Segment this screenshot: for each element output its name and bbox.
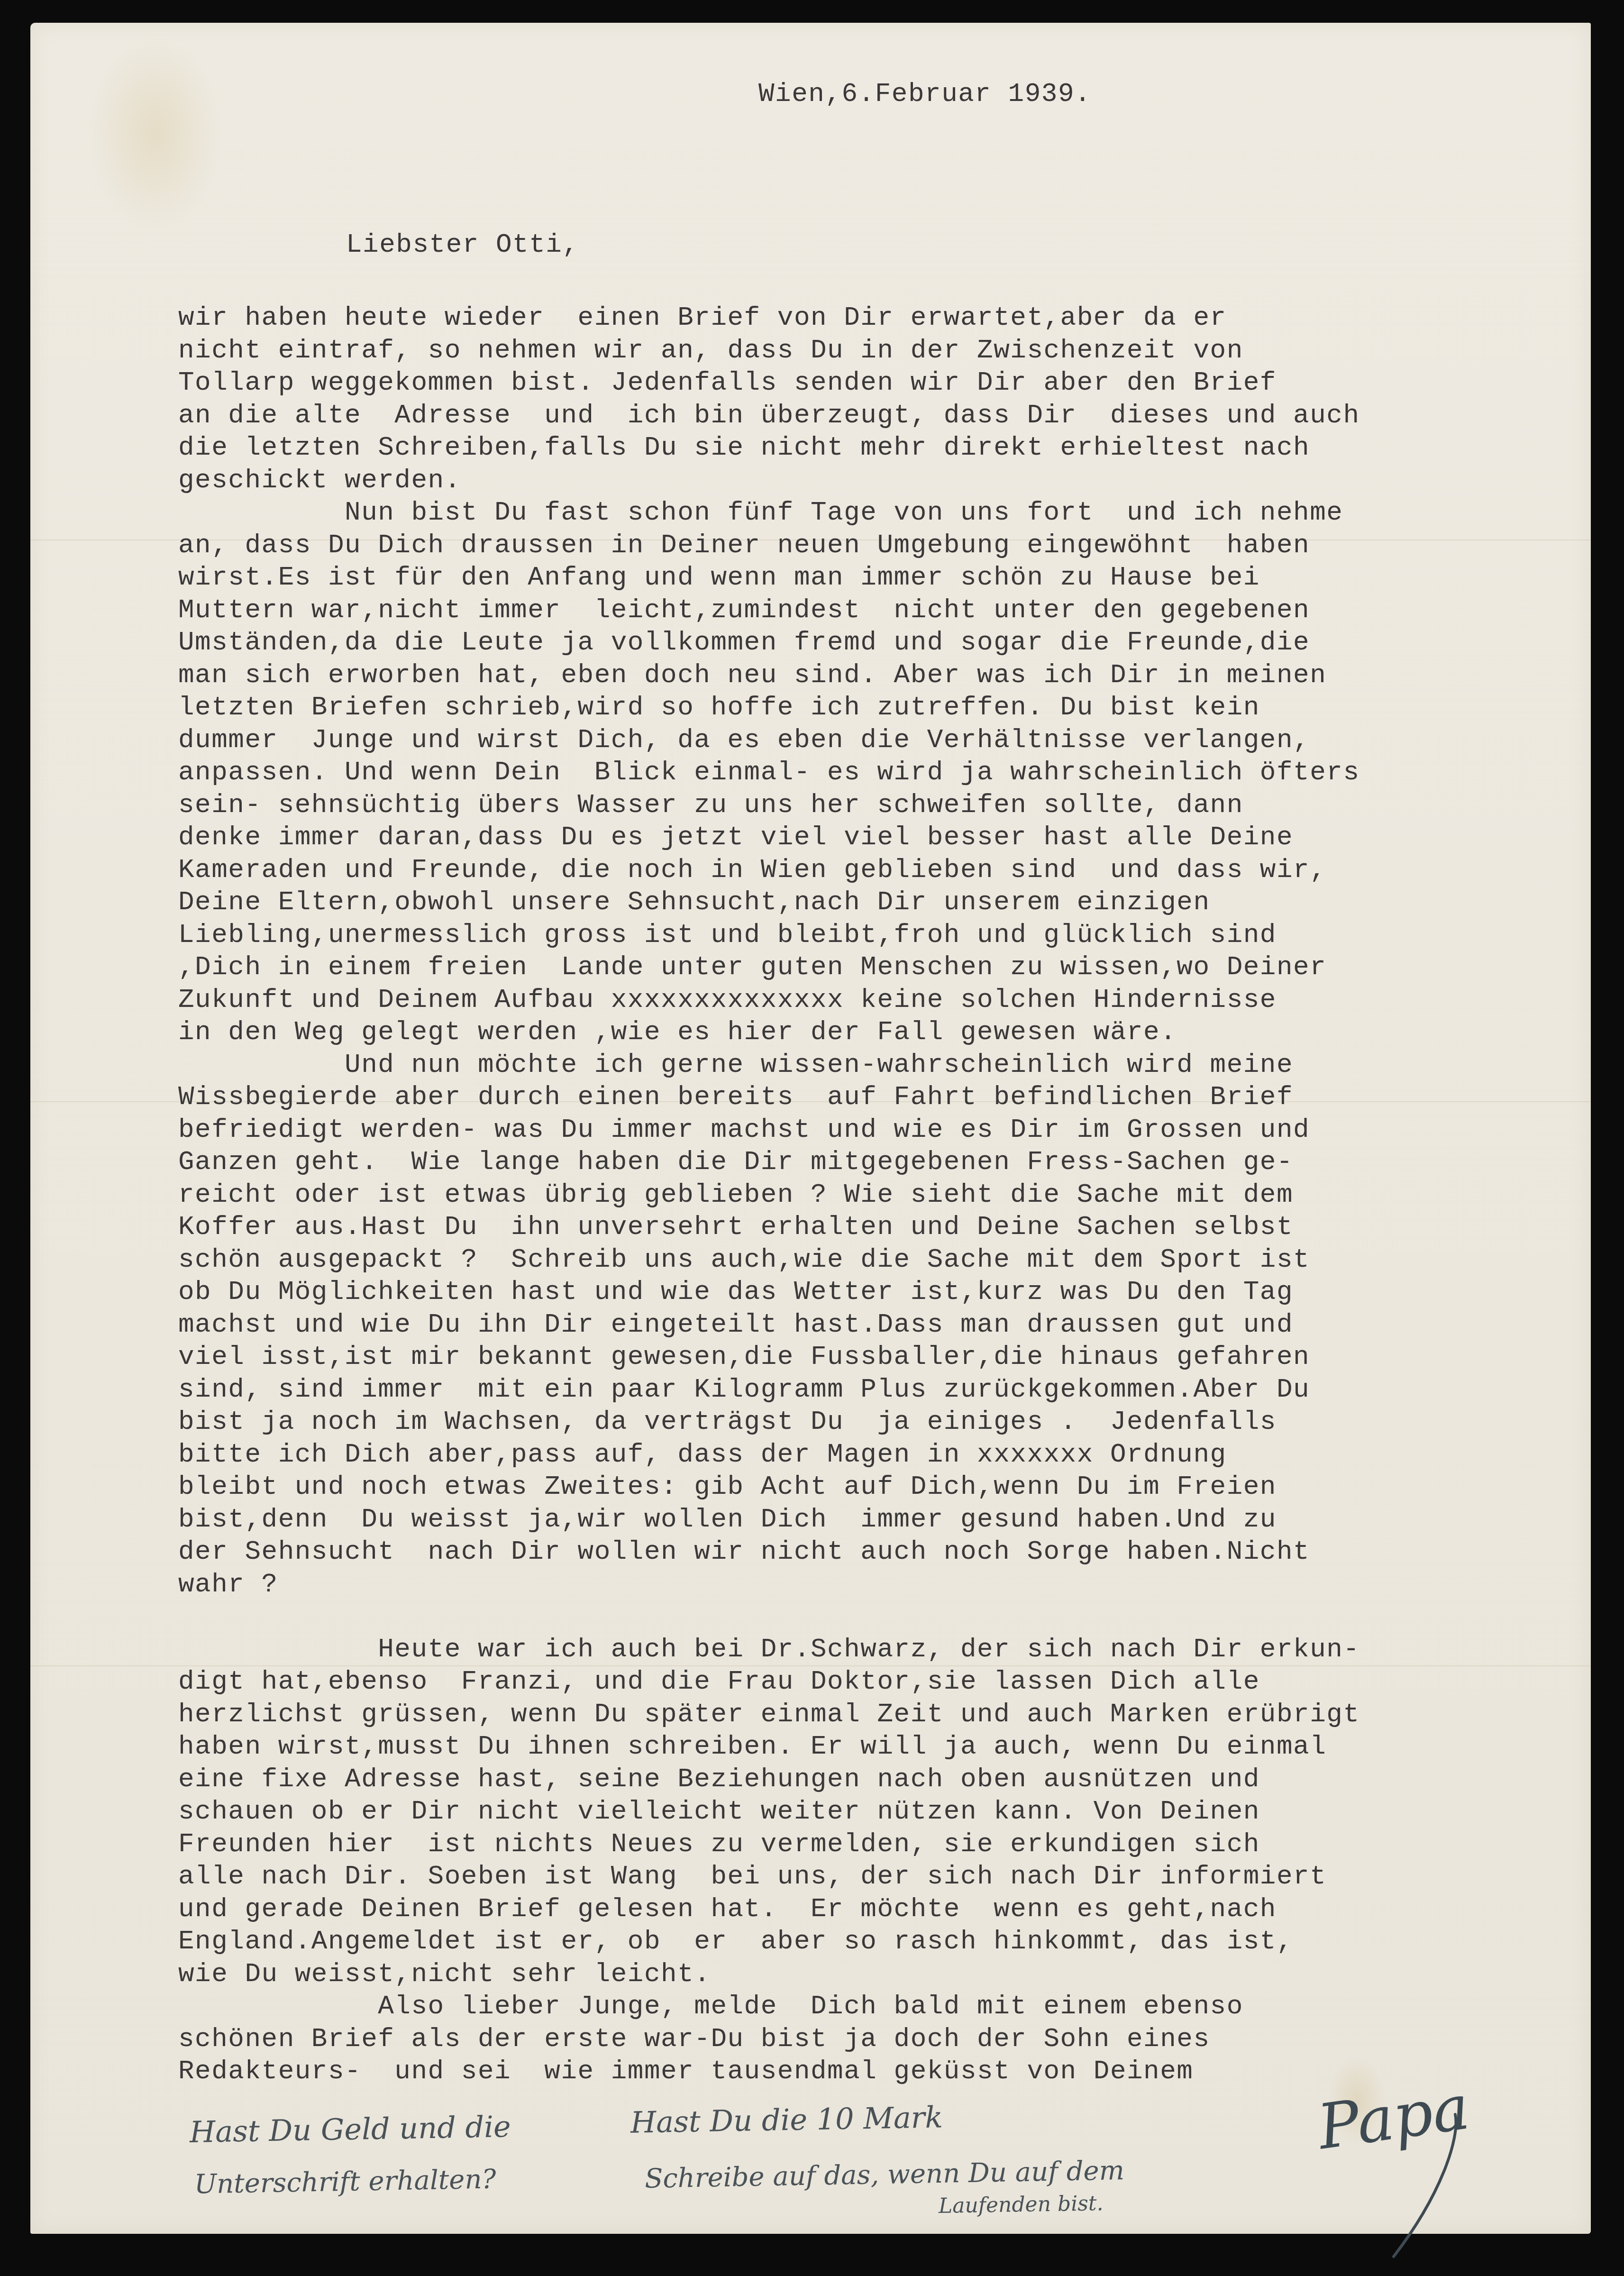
body-line: die letzten Schreiben,falls Du sie nicht… xyxy=(178,431,1360,464)
body-line: man sich erworben hat, eben doch neu sin… xyxy=(178,659,1360,692)
body-line: Zukunft und Deinem Aufbau xxxxxxxxxxxxxx… xyxy=(178,984,1360,1016)
handwritten-note: Unterschrift erhalten? xyxy=(194,2164,496,2200)
body-line: Umständen,da die Leute ja vollkommen fre… xyxy=(178,626,1360,659)
body-line: reicht oder ist etwas übrig geblieben ? … xyxy=(178,1179,1360,1211)
body-line: schönen Brief als der erste war-Du bist … xyxy=(178,2023,1360,2056)
body-line: Wissbegierde aber durch einen bereits au… xyxy=(178,1081,1360,1114)
handwritten-note: Hast Du die 10 Mark xyxy=(630,2100,943,2139)
body-line: sein- sehnsüchtig übers Wasser zu uns he… xyxy=(178,789,1360,822)
body-line: Koffer aus.Hast Du ihn unversehrt erhalt… xyxy=(178,1211,1360,1243)
body-line: nicht eintraf, so nehmen wir an, dass Du… xyxy=(178,334,1360,367)
body-line: letzten Briefen schrieb,wird so hoffe ic… xyxy=(178,691,1360,724)
body-line: Tollarp weggekommen bist. Jedenfalls sen… xyxy=(178,366,1360,399)
body-line: ob Du Möglichkeiten hast und wie das Wet… xyxy=(178,1276,1360,1308)
body-line: wie Du weisst,nicht sehr leicht. xyxy=(178,1958,1360,1991)
body-line: schön ausgepackt ? Schreib uns auch,wie … xyxy=(178,1243,1360,1276)
body-line: England.Angemeldet ist er, ob er aber so… xyxy=(178,1925,1360,1958)
body-line: Liebling,unermesslich gross ist und blei… xyxy=(178,919,1360,951)
body-line: dummer Junge und wirst Dich, da es eben … xyxy=(178,724,1360,757)
body-line: wirst.Es ist für den Anfang und wenn man… xyxy=(178,561,1360,594)
body-line: machst und wie Du ihn Dir eingeteilt has… xyxy=(178,1308,1360,1341)
place-date: Wien,6.Februar 1939. xyxy=(758,78,1091,110)
body-line: in den Weg gelegt werden ,wie es hier de… xyxy=(178,1016,1360,1049)
body-line: wahr ? xyxy=(178,1568,1360,1601)
body-line: der Sehnsucht nach Dir wollen wir nicht … xyxy=(178,1536,1360,1568)
body-line: Kameraden und Freunde, die noch in Wien … xyxy=(178,854,1360,887)
salutation: Liebster Otti, xyxy=(346,229,579,261)
body-line: Ganzen geht. Wie lange haben die Dir mit… xyxy=(178,1146,1360,1179)
body-line: denke immer daran,dass Du es jetzt viel … xyxy=(178,821,1360,854)
body-line: an die alte Adresse und ich bin überzeug… xyxy=(178,399,1360,432)
body-line: viel isst,ist mir bekannt gewesen,die Fu… xyxy=(178,1341,1360,1373)
body-line: bleibt und noch etwas Zweites: gib Acht … xyxy=(178,1471,1360,1503)
body-line: ,Dich in einem freien Lande unter guten … xyxy=(178,951,1360,984)
body-line: befriedigt werden- was Du immer machst u… xyxy=(178,1114,1360,1146)
body-line: an, dass Du Dich draussen in Deiner neue… xyxy=(178,529,1360,562)
body-line: alle nach Dir. Soeben ist Wang bei uns, … xyxy=(178,1860,1360,1893)
body-line: und gerade Deinen Brief gelesen hat. Er … xyxy=(178,1893,1360,1926)
body-line: haben wirst,musst Du ihnen schreiben. Er… xyxy=(178,1730,1360,1763)
body-line: Freunden hier ist nichts Neues zu vermel… xyxy=(178,1828,1360,1861)
body-line: digt hat,ebenso Franzi, und die Frau Dok… xyxy=(178,1665,1360,1698)
body-line: Und nun möchte ich gerne wissen-wahrsche… xyxy=(178,1049,1360,1081)
body-line: Heute war ich auch bei Dr.Schwarz, der s… xyxy=(178,1633,1360,1666)
body-line: Deine Eltern,obwohl unsere Sehnsucht,nac… xyxy=(178,886,1360,919)
body-line: Also lieber Junge, melde Dich bald mit e… xyxy=(178,1990,1360,2023)
handwritten-note: Laufenden bist. xyxy=(939,2191,1104,2218)
body-line: herzlichst grüssen, wenn Du später einma… xyxy=(178,1698,1360,1731)
body-line: anpassen. Und wenn Dein Blick einmal- es… xyxy=(178,756,1360,789)
body-line: Nun bist Du fast schon fünf Tage von uns… xyxy=(178,496,1360,529)
signature-flourish-icon xyxy=(1384,2110,1479,2266)
body-line: sind, sind immer mit ein paar Kilogramm … xyxy=(178,1373,1360,1406)
body-line: Muttern war,nicht immer leicht,zumindest… xyxy=(178,594,1360,627)
body-line: Redakteurs- und sei wie immer tausendmal… xyxy=(178,2055,1360,2088)
body-line: bitte ich Dich aber,pass auf, dass der M… xyxy=(178,1438,1360,1471)
handwritten-note: Hast Du Geld und die xyxy=(189,2109,511,2149)
body-line: wir haben heute wieder einen Brief von D… xyxy=(178,302,1360,334)
body-line xyxy=(178,1600,1360,1633)
body-line: bist,denn Du weisst ja,wir wollen Dich i… xyxy=(178,1503,1360,1536)
letter-body: wir haben heute wieder einen Brief von D… xyxy=(178,302,1360,2088)
body-line: schauen ob er Dir nicht vielleicht weite… xyxy=(178,1795,1360,1828)
body-line: geschickt werden. xyxy=(178,464,1360,497)
body-line: bist ja noch im Wachsen, da verträgst Du… xyxy=(178,1406,1360,1438)
body-line: eine fixe Adresse hast, seine Beziehunge… xyxy=(178,1763,1360,1796)
